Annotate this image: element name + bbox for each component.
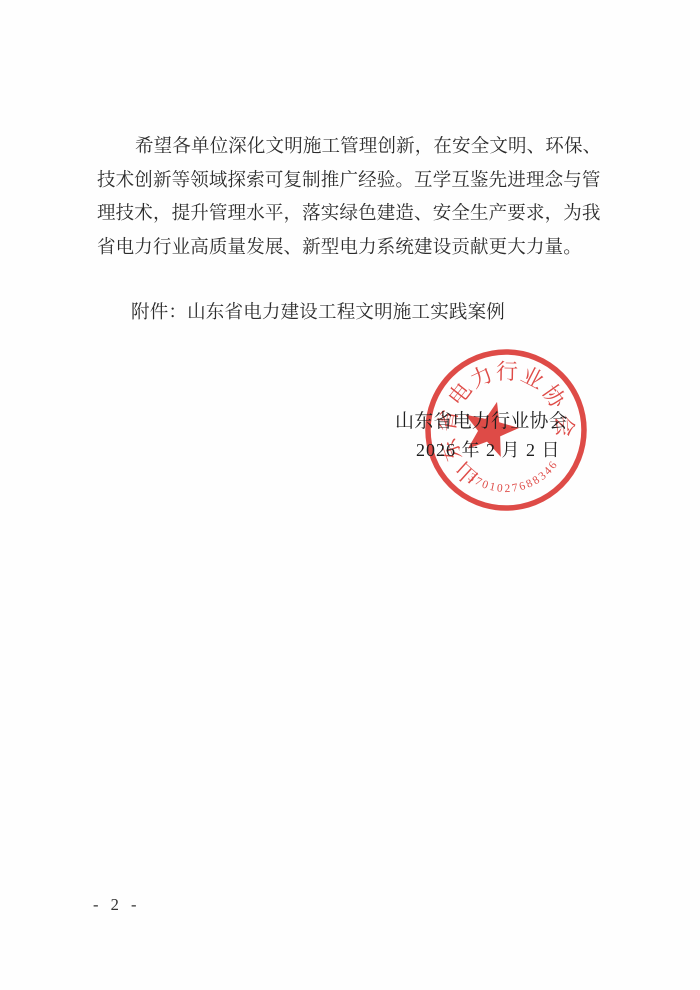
seal-code: 3701027688346	[466, 458, 561, 495]
paragraph-line: 希望各单位深化文明施工管理创新，在安全文明、环保、	[135, 132, 601, 158]
seal-ring-char: 行	[496, 359, 518, 384]
page-number: - 2 -	[93, 895, 141, 915]
attachment-line: 附件：山东省电力建设工程文明施工实践案例	[131, 298, 505, 324]
signature-org-name: 山东省电力行业协会	[395, 406, 568, 433]
paragraph-line: 理技术，提升管理水平，落实绿色建造、安全生产要求，为我	[97, 199, 601, 225]
paragraph-line: 省电力行业高质量发展、新型电力系统建设贡献更大力量。	[97, 233, 582, 259]
signature-date: 2026 年 2 月 2 日	[416, 436, 561, 462]
seal-ring-char: 力	[466, 361, 497, 393]
document-page: 希望各单位深化文明施工管理创新，在安全文明、环保、 技术创新等领域探索可复制推广…	[0, 0, 700, 990]
paragraph-line: 技术创新等领域探索可复制推广经验。互学互鉴先进理念与管	[97, 166, 601, 192]
